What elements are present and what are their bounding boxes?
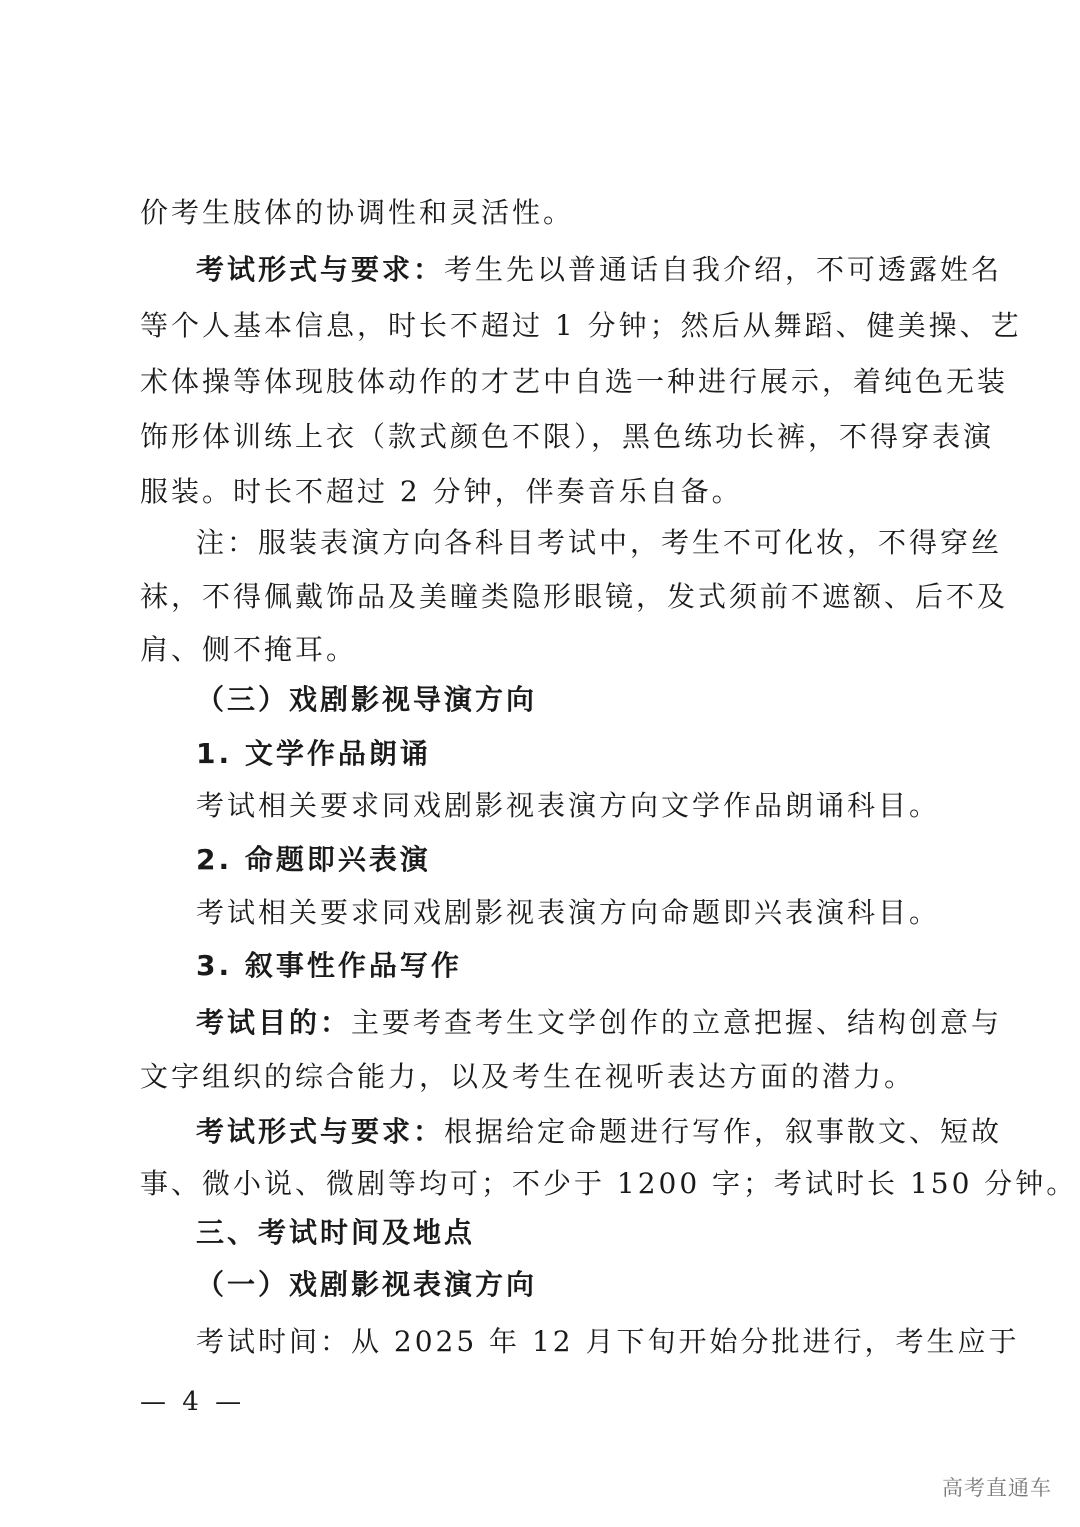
paragraph-line: 考试目的：主要考查考生文学创作的立意把握、结构创意与 <box>196 1003 1002 1043</box>
section-heading: 三、考试时间及地点 <box>196 1213 475 1253</box>
subsection-heading: 1. 文学作品朗诵 <box>196 734 431 774</box>
line-text: 考生先以普通话自我介绍，不可透露姓名 <box>444 253 1002 286</box>
section-heading: （一）戏剧影视表演方向 <box>196 1265 537 1305</box>
bold-label: 考试目的： <box>196 1006 351 1039</box>
bold-label: 考试形式与要求： <box>196 253 444 286</box>
paragraph-line: 价考生肢体的协调性和灵活性。 <box>140 193 574 233</box>
subsection-heading: 2. 命题即兴表演 <box>196 840 431 880</box>
paragraph-line: 考试时间：从 2025 年 12 月下旬开始分批进行，考生应于 <box>196 1322 1020 1362</box>
subsection-heading: 3. 叙事性作品写作 <box>196 946 462 986</box>
section-heading: （三）戏剧影视导演方向 <box>196 680 537 720</box>
line-text: 根据给定命题进行写作，叙事散文、短故 <box>444 1115 1002 1148</box>
paragraph-line: 肩、侧不掩耳。 <box>140 630 357 670</box>
paragraph-line: 事、微小说、微剧等均可；不少于 1200 字；考试时长 150 分钟。 <box>140 1164 1077 1204</box>
watermark: 高考直通车 <box>942 1472 1052 1502</box>
paragraph-line: 饰形体训练上衣（款式颜色不限），黑色练功长裤，不得穿表演 <box>140 417 994 457</box>
paragraph-line: 服装。时长不超过 2 分钟，伴奏音乐自备。 <box>140 472 743 512</box>
paragraph-line: 考试相关要求同戏剧影视表演方向文学作品朗诵科目。 <box>196 786 940 826</box>
note-line: 注：服装表演方向各科目考试中，考生不可化妆，不得穿丝 <box>196 523 1002 563</box>
paragraph-line: 术体操等体现肢体动作的才艺中自选一种进行展示，着纯色无装 <box>140 362 1008 402</box>
line-text: 主要考查考生文学创作的立意把握、结构创意与 <box>351 1006 1002 1039</box>
paragraph-line: 文字组织的综合能力，以及考生在视听表达方面的潜力。 <box>140 1057 915 1097</box>
bold-label: 考试形式与要求： <box>196 1115 444 1148</box>
page-number: — 4 — <box>140 1385 245 1419</box>
paragraph-line: 考试形式与要求：考生先以普通话自我介绍，不可透露姓名 <box>196 250 1002 290</box>
paragraph-line: 袜，不得佩戴饰品及美瞳类隐形眼镜，发式须前不遮额、后不及 <box>140 577 1008 617</box>
paragraph-line: 考试相关要求同戏剧影视表演方向命题即兴表演科目。 <box>196 893 940 933</box>
paragraph-line: 等个人基本信息，时长不超过 1 分钟；然后从舞蹈、健美操、艺 <box>140 306 1022 346</box>
paragraph-line: 考试形式与要求：根据给定命题进行写作，叙事散文、短故 <box>196 1112 1002 1152</box>
